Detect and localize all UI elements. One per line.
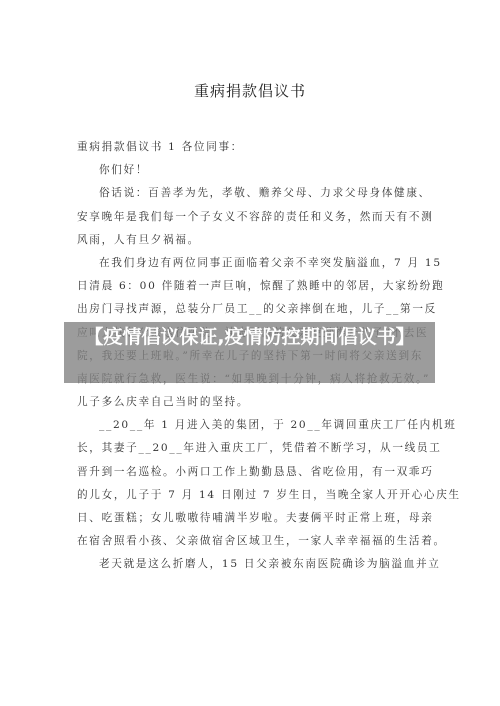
- body-line: 长，其妻子__20__年进入重庆工厂，凭借着不断学习，从一线员工: [77, 437, 429, 460]
- body-line: 俗话说：百善孝为先，孝敬、赡养父母、力求父母身体健康、: [77, 182, 429, 205]
- body-line: 出房门寻找声源，总装分厂员工__的父亲摔倒在地，儿子__第一反: [77, 298, 429, 321]
- body-line: __20__年 1 月进入美的集团，于 20__年调回重庆工厂任内机班: [77, 414, 429, 437]
- document-title: 重病捐款倡议书: [0, 80, 500, 101]
- body-line: 在宿舍照看小孩、父亲做宿舍区域卫生，一家人幸幸福福的生活着。: [77, 530, 429, 553]
- body-line: 儿子多么庆幸自己当时的坚持。: [77, 391, 429, 414]
- body-line: 老天就是这么折磨人，15 日父亲被东南医院确诊为脑溢血并立: [77, 553, 429, 576]
- body-line: 日清晨 6：00 伴随着一声巨响，惊醒了熟睡中的邻居，大家纷纷跑: [77, 275, 429, 298]
- body-line: 晋升到一名巡检。小两口工作上勤勤恳恳、省吃俭用，有一双乖巧: [77, 461, 429, 484]
- body-line: 重病捐款倡议书 1 各位同事：: [77, 136, 429, 159]
- body-line: 日、吃蛋糕；女儿嗷嗷待哺满半岁啦。夫妻俩平时正常上班，母亲: [77, 507, 429, 530]
- body-line: 安享晚年是我们每一个子女义不容辞的责任和义务，然而天有不测: [77, 206, 429, 229]
- body-line: 的儿女，儿子于 7 月 14 日刚过 7 岁生日，当晚全家人开开心心庆生: [77, 484, 429, 507]
- body-line: 风雨，人有旦夕祸福。: [77, 229, 429, 252]
- overlay-banner-title[interactable]: 【疫情倡议保证,疫情防控期间倡议书】: [64, 326, 435, 349]
- body-line: 你们好！: [77, 159, 429, 182]
- body-line: 在我们身边有两位同事正面临着父亲不幸突发脑溢血，7 月 15: [77, 252, 429, 275]
